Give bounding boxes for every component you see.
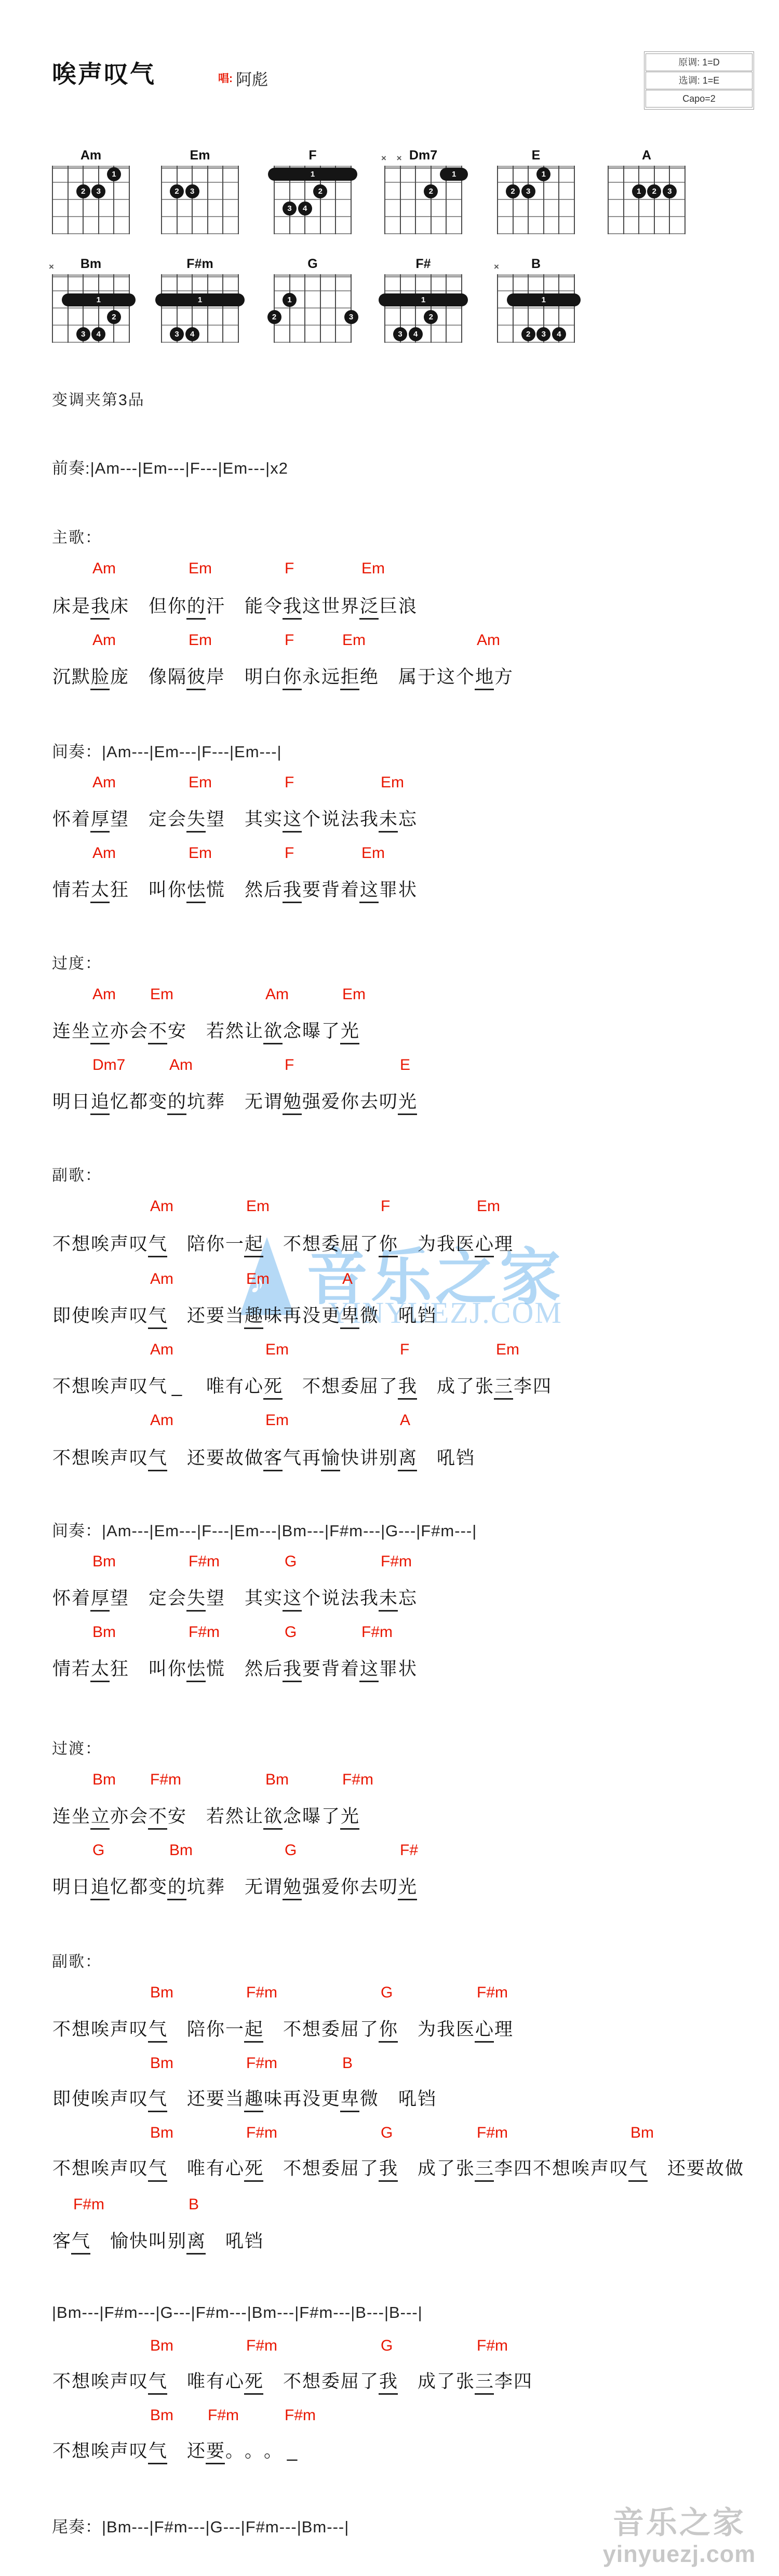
fret-line <box>497 233 575 234</box>
chord-grid: ×1234 <box>52 274 130 343</box>
chord-symbol: F <box>400 1341 409 1359</box>
lyric-char: 念 <box>283 1021 302 1042</box>
lyric-char: 再 <box>302 1448 321 1469</box>
chord-name: F# <box>384 257 462 270</box>
lyric-char: 坐 <box>71 1021 90 1042</box>
lyric-char: 定 <box>148 1588 167 1609</box>
lyric-line: 情若太狂叫你怯慌然后我要背着这罪状 <box>52 1659 417 1682</box>
nut-line <box>274 274 352 277</box>
string-line <box>289 274 290 343</box>
lyric-char: 理 <box>494 1234 513 1255</box>
lyric-char: 起 <box>244 1234 263 1257</box>
lyric-char: 唉 <box>90 1234 110 1255</box>
lyric-char: 变 <box>148 1877 167 1898</box>
lyric-char: 你 <box>167 596 186 617</box>
lyric-char: 绝 <box>359 667 379 688</box>
fret-line <box>608 199 686 200</box>
lyric-char: 唯 <box>206 1376 225 1397</box>
fret-dot: 4 <box>185 327 199 341</box>
lyric-char: 了 <box>379 1376 398 1397</box>
nut-line <box>52 274 130 277</box>
fret-dot: 1 <box>107 167 121 181</box>
lyric-char: 气 <box>283 1448 302 1469</box>
string-line <box>274 274 275 343</box>
lyric-char: 做 <box>724 2158 744 2179</box>
lyric-char: 会 <box>129 1021 148 1042</box>
fret-dot: 2 <box>313 184 327 198</box>
chord-symbol: Am <box>169 1056 193 1074</box>
lyric-char: 光 <box>340 1021 359 1044</box>
lyric-char: 陪 <box>186 1234 206 1255</box>
chord-diagram-Am: Am123 <box>52 148 130 234</box>
fret-dot: 3 <box>283 202 297 216</box>
lyric-char: 想 <box>71 2158 90 2179</box>
chord-symbol: E <box>400 1056 410 1074</box>
lyric-char: _ <box>167 1376 186 1397</box>
lyric-char: 不 <box>52 1376 71 1397</box>
lyric-char: 叫 <box>148 2231 167 2252</box>
lyric-char: 光 <box>340 1806 359 1830</box>
lyric-char: 实 <box>263 1588 283 1609</box>
chord-symbol: B <box>342 2055 353 2072</box>
fret-line <box>161 307 239 308</box>
lyric-char: 想 <box>302 2371 321 2392</box>
lyric-char: 了 <box>359 2371 379 2392</box>
fret-line <box>274 290 352 291</box>
lyric-char: 唉 <box>90 2158 110 2179</box>
lyric-char: 隔 <box>167 667 186 688</box>
lyric-char: 张 <box>455 2371 475 2392</box>
lyric-char: 唉 <box>90 2371 110 2392</box>
chord-diagram-A: A123 <box>608 148 686 234</box>
chord-grid: 134 <box>161 274 239 343</box>
lyric-line: 明日追忆都变的坑葬无谓勉强爱你去叨光 <box>52 1092 417 1115</box>
chord-symbol: F#m <box>246 2055 277 2072</box>
lyric-line: 怀着厚望定会失望其实这个说法我未忘 <box>52 1588 417 1612</box>
fret-line <box>274 307 352 308</box>
lyric-char: 唯 <box>186 2158 206 2179</box>
lyric-char: 着 <box>71 809 90 830</box>
chord-symbol: F#m <box>208 2407 239 2424</box>
lyric-char: 个 <box>302 1588 321 1609</box>
lyric-char: 你 <box>340 1877 359 1898</box>
lyric-char: 委 <box>321 2019 340 2040</box>
fret-line <box>608 216 686 217</box>
lyric-char: 离 <box>398 1448 417 1471</box>
lyric-char: 光 <box>398 1877 417 1900</box>
lyric-char: 背 <box>321 880 340 901</box>
lyric-char: 了 <box>359 1234 379 1255</box>
lyric-char: 都 <box>129 1092 148 1112</box>
lyric-char: 故 <box>225 1448 244 1469</box>
lyric-char: 慌 <box>206 880 225 901</box>
lyric-char: 法 <box>340 1588 359 1609</box>
lyric-char: 当 <box>225 2089 244 2110</box>
lyric-char: 铛 <box>455 1448 475 1469</box>
watermark-corner-url: yinyuezj.com <box>586 2541 773 2568</box>
lyric-char: 了 <box>359 2019 379 2040</box>
lyric-char: 日 <box>71 1092 90 1112</box>
lyric-char: 不 <box>148 1021 167 1044</box>
chord-symbol: G <box>285 1842 297 1859</box>
string-line <box>161 166 162 234</box>
fret-dot: 1 <box>632 184 646 198</box>
lyric-line: 不想唉声叹气唯有心死不想委屈了我成了张三李四 <box>52 2371 532 2395</box>
lyric-char: 慌 <box>206 1659 225 1680</box>
lyric-char: 曝 <box>302 1806 321 1827</box>
nut-line <box>497 274 575 277</box>
string-line <box>207 274 208 343</box>
chord-grid: 123 <box>274 274 352 343</box>
fret-line <box>274 199 352 200</box>
string-line <box>431 166 432 234</box>
lyric-char: 汗 <box>206 596 225 617</box>
lyric-char: 要 <box>206 2089 225 2110</box>
lyric-char: 说 <box>321 809 340 830</box>
string-line <box>161 274 162 343</box>
lyric-char: 声 <box>110 1376 129 1397</box>
lyric-char: 强 <box>302 1092 321 1112</box>
fret-line <box>384 290 462 291</box>
chord-grid: 1234 <box>384 274 462 343</box>
lyric-char: 想 <box>71 2019 90 2040</box>
lyric-char: 的 <box>167 1877 186 1900</box>
chord-diagram-F#m: F#m134 <box>161 257 239 343</box>
lyric-char: _ <box>283 2441 302 2462</box>
lyric-char: 李 <box>513 1376 532 1397</box>
lyric-char: 即 <box>52 2089 71 2110</box>
lyric-char: 沉 <box>52 667 71 688</box>
lyric-char: 的 <box>186 596 206 620</box>
fret-line <box>497 182 575 183</box>
fret-line <box>274 182 352 183</box>
lyric-char: 若 <box>71 1659 90 1680</box>
lyric-char: 做 <box>244 1448 263 1469</box>
lyric-char: 声 <box>110 1234 129 1255</box>
mute-string-icon: × <box>494 262 499 272</box>
string-line <box>351 274 352 343</box>
lyric-char: 个 <box>302 809 321 830</box>
fret-line <box>384 307 462 308</box>
fret-line <box>161 199 239 200</box>
singer: 唱:阿彪 <box>218 66 268 90</box>
lyric-char: 念 <box>283 1806 302 1827</box>
chord-symbol: Em <box>189 774 212 791</box>
lyric-char: 情 <box>52 1659 71 1680</box>
string-line <box>320 274 321 343</box>
lyric-char: 不 <box>52 1448 71 1469</box>
string-line <box>497 274 498 343</box>
lyric-char: 欲 <box>263 1021 283 1044</box>
fret-line <box>384 182 462 183</box>
lyric-char: 你 <box>283 667 302 690</box>
chord-grid: 123 <box>608 166 686 234</box>
lyric-char: 若 <box>206 1806 225 1827</box>
lyric-char: 于 <box>417 667 436 688</box>
lyric-char: 连 <box>52 1021 71 1042</box>
lyric-char: 叹 <box>129 2019 148 2040</box>
lyric-char: 想 <box>552 2158 571 2179</box>
lyric-char: 三 <box>475 2371 494 2395</box>
string-line <box>461 274 462 343</box>
chord-symbol: Am <box>150 1270 173 1288</box>
lyric-char: 坐 <box>71 1806 90 1827</box>
lyric-char: 着 <box>340 880 359 901</box>
lyric-char: 太 <box>90 880 110 903</box>
singer-label: 唱: <box>218 73 233 85</box>
chord-diagram-B: B×1234 <box>497 257 575 343</box>
lyric-char: 爱 <box>321 1092 340 1112</box>
lyric-char: 还 <box>186 2089 206 2110</box>
lyric-char: 不 <box>283 2158 302 2179</box>
lyric-line: 沉默脸庞像隔彼岸明白你永远拒绝属于这个地方 <box>52 667 513 690</box>
lyric-char: 日 <box>71 1877 90 1898</box>
lyric-char: 然 <box>244 880 263 901</box>
fret-line <box>384 216 462 217</box>
lyric-char: 唯 <box>186 2371 206 2392</box>
lyric-char: 狂 <box>110 880 129 901</box>
fret-line <box>52 325 130 326</box>
lyric-char: 委 <box>321 2371 340 2392</box>
watermark-corner: 音乐之家 yinyuezj.com <box>586 2498 773 2568</box>
lyric-char: 不 <box>52 1234 71 1255</box>
lyric-char: 没 <box>302 2089 321 2110</box>
lyric-char: 三 <box>475 2158 494 2182</box>
lyric-char: 气 <box>148 2158 167 2182</box>
string-line <box>497 166 498 234</box>
lyric-char: 强 <box>302 1877 321 1898</box>
chord-diagram-Bm: Bm×1234 <box>52 257 130 343</box>
fret-line <box>384 199 462 200</box>
lyric-char: 我 <box>379 2158 398 2182</box>
lyric-char: 让 <box>244 1806 263 1827</box>
lyric-char: 地 <box>475 667 494 690</box>
lyric-char: 怯 <box>186 1659 206 1682</box>
chord-symbol: B <box>189 2196 199 2213</box>
lyric-char: 床 <box>110 596 129 617</box>
lyric-char: 唉 <box>90 1376 110 1397</box>
lyric-char: 忆 <box>110 1092 129 1112</box>
lyric-char: 你 <box>206 1234 225 1255</box>
lyric-char: 忆 <box>110 1877 129 1898</box>
lyric-char: 声 <box>110 1448 129 1469</box>
string-line <box>513 166 514 234</box>
lyric-char: 实 <box>263 809 283 830</box>
lyric-char: 脸 <box>90 667 110 690</box>
fret-line <box>52 199 130 200</box>
string-line <box>446 274 447 343</box>
lyric-char: 起 <box>244 2019 263 2043</box>
fret-line <box>274 216 352 217</box>
lyric-char: 屈 <box>340 2019 359 2040</box>
chord-symbol: G <box>381 2337 393 2355</box>
lyric-char: 吼 <box>225 2231 244 2252</box>
barre: 1 <box>507 293 581 306</box>
lyric-char: 无 <box>244 1877 263 1898</box>
lyric-char: 成 <box>417 2158 436 2179</box>
chord-symbol: Bm <box>92 1553 116 1571</box>
chord-symbol: Am <box>92 632 116 649</box>
lyric-char: 愉 <box>321 1448 340 1471</box>
lyric-char: 我 <box>436 1234 455 1255</box>
nut-line <box>161 274 239 277</box>
mute-string-icon: × <box>381 153 386 164</box>
chord-symbol: Am <box>150 1412 173 1429</box>
lyric-char: 快 <box>340 1448 359 1469</box>
chord-symbol: Em <box>150 986 173 1003</box>
fret-dot: 3 <box>76 327 90 341</box>
lyric-char: 气 <box>71 2231 90 2255</box>
lyric-char: 谓 <box>263 1877 283 1898</box>
lyric-line: 连坐立亦会不安若然让欲念曝了光 <box>52 1021 359 1044</box>
lyric-char: 叹 <box>129 2089 148 2110</box>
fret-line <box>161 290 239 291</box>
key-row: 原调: 1=D <box>646 53 753 71</box>
chord-symbol: F <box>285 844 294 862</box>
lyric-char: 望 <box>110 809 129 830</box>
fret-line <box>52 182 130 183</box>
lyric-char: 不 <box>52 2371 71 2392</box>
chord-name: Dm7 <box>384 148 462 162</box>
lyric-char: 医 <box>455 2019 475 2040</box>
lyric-char: 这 <box>283 809 302 833</box>
lyric-char: 叫 <box>148 880 167 901</box>
chord-name: F <box>274 148 352 162</box>
chord-symbol: Am <box>150 1341 173 1359</box>
lyric-char: 微 <box>359 1306 379 1326</box>
lyric-char: 若 <box>71 880 90 901</box>
fret-dot: 4 <box>552 327 566 341</box>
fret-dot: 2 <box>267 310 281 324</box>
chord-symbol: Em <box>361 560 385 578</box>
lyric-char: 叹 <box>129 2441 148 2462</box>
lyric-char: 味 <box>263 1306 283 1326</box>
barre: 1 <box>379 293 468 306</box>
lyric-char: 趣 <box>244 2089 263 2112</box>
chord-symbol: Am <box>92 774 116 791</box>
lyric-char: 我 <box>283 596 302 620</box>
lyric-char: 李 <box>494 2371 513 2392</box>
lyric-char: 界 <box>340 596 359 617</box>
barre: 1 <box>155 293 245 306</box>
lyric-char: 法 <box>340 809 359 830</box>
watermark-corner-text: 音乐之家 <box>586 2498 773 2543</box>
chord-symbol: F#m <box>246 2337 277 2355</box>
lyric-char: 厚 <box>90 1588 110 1612</box>
string-line <box>192 166 193 234</box>
lyric-char: 别 <box>167 2231 186 2252</box>
lyric-char: 更 <box>321 1306 340 1326</box>
lyric-char: 未 <box>379 809 398 833</box>
lyric-char: 这 <box>359 880 379 903</box>
lyric-char: 狂 <box>110 1659 129 1680</box>
lyric-char: 爱 <box>321 1877 340 1898</box>
string-line <box>222 166 223 234</box>
lyric-char: 不 <box>52 2019 71 2040</box>
fret-line <box>497 290 575 291</box>
string-line <box>304 274 305 343</box>
nut-line <box>608 166 686 169</box>
lyric-char: 谓 <box>263 1092 283 1112</box>
chord-symbol: Bm <box>92 1771 116 1789</box>
chord-symbol: Am <box>92 844 116 862</box>
nut-line <box>497 166 575 169</box>
lyric-char: 亦 <box>110 1021 129 1042</box>
lyric-char: 叫 <box>148 1659 167 1680</box>
lyric-char: 张 <box>475 1376 494 1397</box>
lyric-char: 会 <box>167 1588 186 1609</box>
string-line <box>83 166 84 234</box>
fret-dot: 4 <box>409 327 423 341</box>
chord-symbol: G <box>92 1842 104 1859</box>
chord-name: G <box>274 257 352 270</box>
string-line <box>574 274 575 343</box>
chord-symbol: Em <box>189 844 212 862</box>
lyric-char: 。 <box>244 2441 263 2462</box>
lyric-char: 别 <box>379 1448 398 1469</box>
fret-dot: 2 <box>424 184 438 198</box>
lyric-char: 铛 <box>244 2231 263 2252</box>
string-line <box>129 274 130 343</box>
fret-dot: 3 <box>536 327 550 341</box>
lyric-char: 铛 <box>417 2089 436 2110</box>
lyric-char: 再 <box>283 2089 302 2110</box>
chord-symbol: F#m <box>477 2124 508 2142</box>
lyric-char: 唉 <box>90 1306 110 1326</box>
key-box: 原调: 1=D选调: 1=ECapo=2 <box>644 51 754 110</box>
lyric-char: 声 <box>110 2089 129 2110</box>
fret-dot: 3 <box>521 184 535 198</box>
lyric-char: 四 <box>513 2371 532 2392</box>
chord-symbol: Am <box>92 560 116 578</box>
lyric-char: 故 <box>705 2158 724 2179</box>
lyric-char: 为 <box>417 1234 436 1255</box>
lyric-char: 声 <box>110 2441 129 2462</box>
lyric-char: 叹 <box>129 2158 148 2179</box>
chord-sheet-page: ♪ 音乐之家 YINYUEZJ.COM 音乐之家 yinyuezj.com 唉声… <box>0 0 779 2576</box>
lyric-char: 忘 <box>398 809 417 830</box>
lyric-char: 心 <box>225 2158 244 2179</box>
lyric-char: 会 <box>167 809 186 830</box>
lyric-char: 要 <box>206 2441 225 2464</box>
lyric-char: 坑 <box>186 1877 206 1898</box>
lyric-line: 不想唉声叹气_唯有心死不想委屈了我成了张三李四 <box>52 1376 552 1400</box>
lyric-char: 泛 <box>359 596 379 620</box>
string-line <box>68 274 69 343</box>
lyric-char: 铛 <box>417 1306 436 1326</box>
mute-string-icon: × <box>49 262 54 272</box>
chord-symbol: A <box>342 1270 353 1288</box>
lyric-char: 浪 <box>398 596 417 617</box>
fret-dot: 1 <box>536 167 550 181</box>
lyric-char: 庞 <box>110 667 129 688</box>
chord-grid: 123 <box>497 166 575 234</box>
barre: 1 <box>268 168 357 181</box>
chord-symbol: F <box>381 1198 390 1215</box>
chord-symbol: Em <box>246 1198 270 1215</box>
lyric-char: 味 <box>263 2089 283 2110</box>
lyric-char: 了 <box>321 1021 340 1042</box>
singer-name: 阿彪 <box>236 71 268 89</box>
lyric-char: 去 <box>359 1092 379 1112</box>
lyric-char: 叹 <box>609 2158 628 2179</box>
lyric-char: 着 <box>71 1588 90 1609</box>
lyric-char: 怀 <box>52 1588 71 1609</box>
chord-symbol: Bm <box>150 2407 173 2424</box>
chord-symbol: Dm7 <box>92 1056 125 1074</box>
nut-line <box>161 166 239 169</box>
lyric-char: 你 <box>379 1234 398 1257</box>
